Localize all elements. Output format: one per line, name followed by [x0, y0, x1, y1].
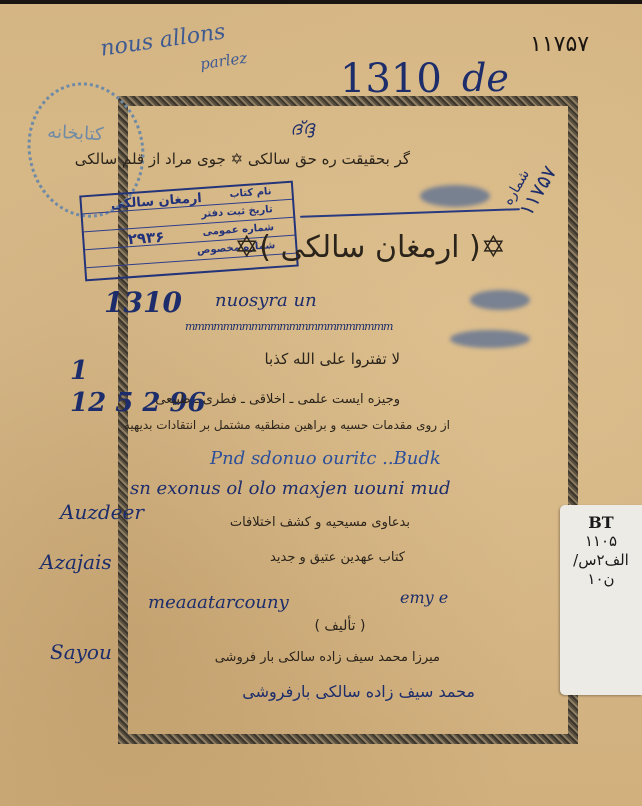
signature-1: Auzdeer: [60, 500, 144, 524]
description-line3: بدعاوی مسیحیه و کشف اختلافات: [250, 515, 410, 530]
call-number-line4: ن۱۰: [560, 570, 642, 589]
book-title: ✡( ارمغان سالکی )✡: [230, 230, 510, 265]
ink-blot-3: [450, 330, 530, 348]
stamp-registration-date-label: تاریخ ثبت دفتر: [201, 204, 273, 220]
call-number-label: BT ۱۱۰۵ الف۲س/ ن۱۰: [560, 505, 642, 695]
call-number-line3: الف۲س/: [560, 551, 642, 570]
scribble-line-4: sn exonus ol olo maxjen uouni mud: [130, 478, 451, 499]
scribble-line-5: meaaatarcouny: [148, 592, 289, 613]
scribble-top: ദ്ദ്ദ: [289, 117, 314, 140]
call-number-line1: BT: [560, 513, 642, 532]
stamp-general-number-value: ۲۹۳۶: [127, 228, 165, 249]
scribble-line-3: Pnd sdonuo ouritc ..Budk: [210, 448, 441, 469]
call-number-line2: ۱۱۰۵: [560, 532, 642, 551]
signature-3: Sayou: [50, 640, 112, 664]
margin-year: 1310: [104, 286, 182, 319]
oval-stamp-text: کتابخانه: [47, 121, 104, 145]
handwritten-suffix-top: de: [462, 56, 509, 100]
pencil-note-line2: parlez: [199, 49, 248, 73]
verse-line: گر بحقیقت ره حق سالکی ✡ جوی مراد از قلم …: [160, 150, 410, 168]
ink-blot-1: [420, 185, 490, 207]
book-cover-page: nous allons parlez ۱۱۷۵۷ 1310 de کتابخان…: [0, 0, 642, 806]
stamp-book-name-label: نام کتاب: [229, 186, 272, 200]
scan-top-edge: [0, 0, 642, 4]
handwritten-year-top: 1310: [340, 56, 442, 102]
handwritten-author: محمد سیف زاده سالکی بارفروشی: [225, 682, 475, 701]
scribble-line-1: nuosyra un: [215, 290, 317, 311]
scribble-line-2: mmmmmmmmmmmmmmmmmmmmmm: [185, 320, 392, 333]
margin-number-a: 1: [70, 356, 88, 386]
description-line2: از روی مقدمات حسیه و براهین منطقیه مشتمل…: [170, 418, 450, 432]
catalog-number: ۱۱۷۵۷: [530, 32, 589, 57]
description-line4: کتاب عهدین عتیق و جدید: [265, 550, 405, 565]
signature-2: Azajais: [40, 550, 112, 574]
quran-quote: لا تفتروا علی الله کذبا: [280, 350, 400, 368]
scribble-line-6: emy e: [400, 588, 448, 607]
description-line1: وجیزه ایست علمی ـ اخلاقی ـ فطری ـ طبیعی: [220, 392, 400, 407]
stamp-book-name-value: ارمغان سالکی: [110, 191, 202, 212]
ink-blot-2: [470, 290, 530, 310]
authored-label: ( تألیف ): [310, 618, 370, 634]
author-name: میرزا محمد سیف زاده سالکی بار فروشی: [240, 650, 440, 665]
